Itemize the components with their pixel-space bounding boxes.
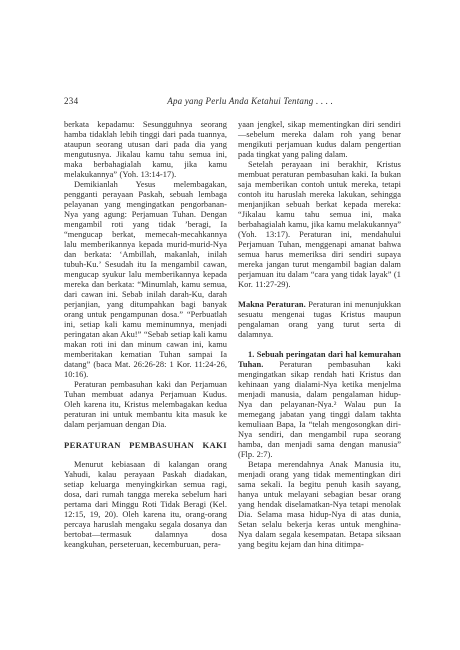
right-column: yaan jengkel, sikap mementingkan diri se… — [238, 120, 401, 550]
paragraph-text: Peraturan pembasuhan kaki mengingatkan s… — [238, 360, 401, 459]
paragraph: Demikianlah Yesus melembagakan, penggant… — [64, 180, 227, 380]
scanned-book-page: { "page": { "number": "234", "running_ti… — [0, 0, 460, 650]
paragraph: 1. Sebuah peringatan dari hal kemurahan … — [238, 350, 401, 460]
paragraph: Setelah perayaan ini berakhir, Kristus m… — [238, 160, 401, 290]
text-columns: berkata kepadamu: Sesungguhnya seorang h… — [64, 120, 402, 550]
page-number: 234 — [64, 96, 78, 107]
paragraph: Peraturan pembasuhan kaki dan Perjamuan … — [64, 380, 227, 430]
paragraph-bold-lead: Makna Peraturan. — [238, 300, 306, 309]
running-head: 234 Apa yang Perlu Anda Ketahui Tentang … — [64, 96, 402, 107]
paragraph: Menurut kebiasaan di kalangan orang Yahu… — [64, 460, 227, 550]
section-heading: PERATURAN PEMBASUHAN KAKI — [64, 440, 227, 450]
page-content: 234 Apa yang Perlu Anda Ketahui Tentang … — [64, 96, 402, 550]
paragraph: Betapa merendahnya Anak Manusia itu, men… — [238, 460, 401, 550]
paragraph: yaan jengkel, sikap mementingkan diri se… — [238, 120, 401, 160]
paragraph: Makna Peraturan. Peraturan ini menunjukk… — [238, 300, 401, 340]
left-column: berkata kepadamu: Sesungguhnya seorang h… — [64, 120, 227, 550]
running-title: Apa yang Perlu Anda Ketahui Tentang . . … — [78, 96, 402, 107]
paragraph: berkata kepadamu: Sesungguhnya seorang h… — [64, 120, 227, 180]
